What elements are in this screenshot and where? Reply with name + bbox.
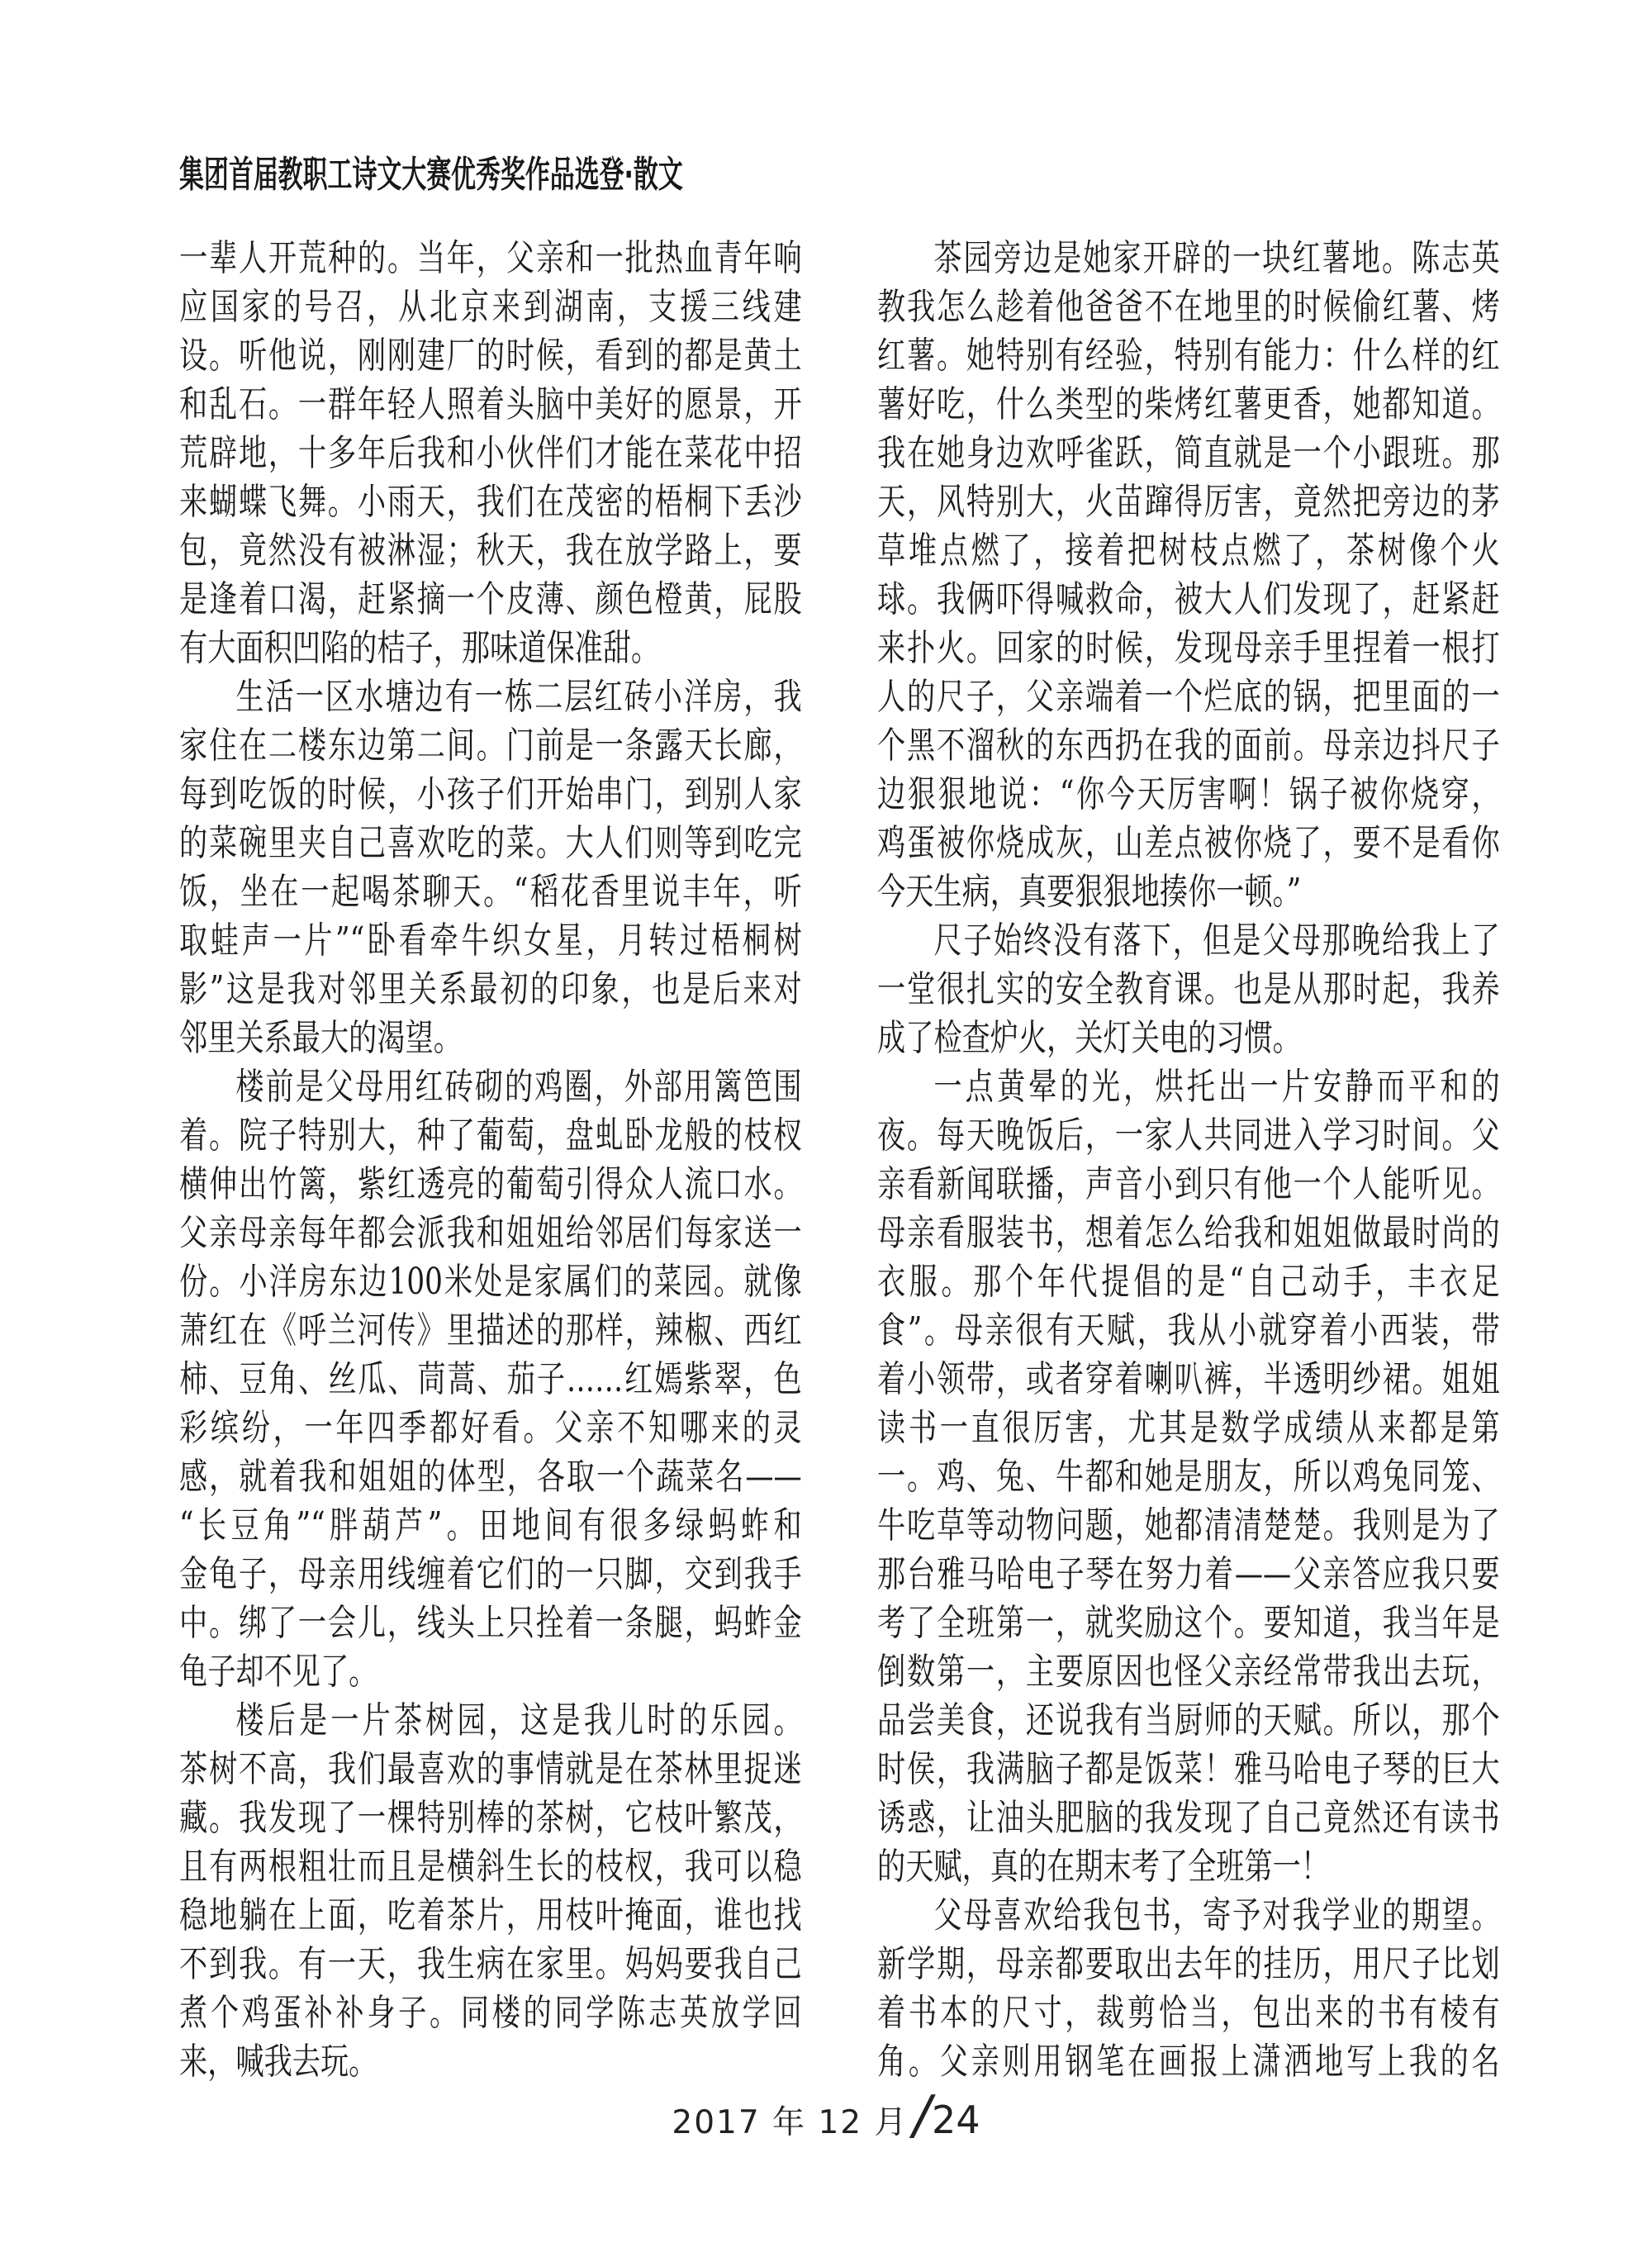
- text-line: 一堂很扎实的安全教育课。也是从那时起，我养: [877, 965, 1500, 1014]
- text-line: 牛吃草等动物问题，她都清清楚楚。我则是为了: [877, 1501, 1500, 1550]
- text-line: 来扑火。回家的时候，发现母亲手里捏着一根打: [877, 624, 1500, 672]
- text-line: 尺子始终没有落下，但是父母那晚给我上了: [877, 916, 1500, 965]
- text-line: 是逢着口渴，赶紧摘一个皮薄、颜色橙黄，屁股: [179, 575, 802, 624]
- text-line: 今天生病，真要狠狠地揍你一顿。”: [877, 867, 1500, 916]
- text-line: 草堆点燃了，接着把树枝点燃了，茶树像个火: [877, 526, 1500, 575]
- text-line: 取蛙声一片”“卧看牵牛织女星，月转过梧桐树: [179, 916, 802, 965]
- text-line: 亲看新闻联播，声音小到只有他一个人能听见。: [877, 1160, 1500, 1209]
- text-line: 金龟子，母亲用线缠着它们的一只脚，交到我手: [179, 1550, 802, 1599]
- text-line: 一。鸡、兔、牛都和她是朋友，所以鸡兔同笼、: [877, 1452, 1500, 1501]
- text-line: “长豆角”“胖葫芦”。田地间有很多绿蚂蚱和: [179, 1501, 802, 1550]
- text-line: 新学期，母亲都要取出去年的挂历，用尺子比划: [877, 1940, 1500, 1989]
- text-column-right: 茶园旁边是她家开辟的一块红薯地。陈志英教我怎么趁着他爸爸不在地里的时候偷红薯、烤…: [877, 234, 1500, 2086]
- text-line: 应国家的号召，从北京来到湖南，支援三线建: [179, 283, 802, 331]
- text-line: 夜。每天晚饭后，一家人共同进入学习时间。父: [877, 1111, 1500, 1160]
- text-line: 教我怎么趁着他爸爸不在地里的时候偷红薯、烤: [877, 283, 1500, 331]
- text-line: 楼后是一片茶树园，这是我儿时的乐园。: [179, 1696, 802, 1745]
- text-line: 着小领带，或者穿着喇叭裤，半透明纱裙。姐姐: [877, 1355, 1500, 1404]
- text-line: 来蝴蝶飞舞。小雨天，我们在茂密的梧桐下丢沙: [179, 478, 802, 526]
- text-line: 设。听他说，刚刚建厂的时候，看到的都是黄土: [179, 331, 802, 380]
- page-footer: 2017 年 12 月 / 24: [0, 2097, 1652, 2143]
- text-line: 时侯，我满脑子都是饭菜！雅马哈电子琴的巨大: [877, 1745, 1500, 1794]
- text-line: 父亲母亲每年都会派我和姐姐给邻居们每家送一: [179, 1209, 802, 1257]
- text-line: 柿、豆角、丝瓜、茼蒿、茄子……红嫣紫翠，色: [179, 1355, 802, 1404]
- text-line: 角。父亲则用钢笔在画报上潇洒地写上我的名: [877, 2037, 1500, 2086]
- text-line: 荒辟地，十多年后我和小伙伴们才能在菜花中招: [179, 429, 802, 478]
- text-line: 龟子却不见了。: [179, 1647, 802, 1696]
- text-line: 楼前是父母用红砖砌的鸡圈，外部用篱笆围: [179, 1062, 802, 1111]
- text-line: 藏。我发现了一棵特别棒的茶树，它枝叶繁茂，: [179, 1794, 802, 1842]
- text-line: 彩缤纷，一年四季都好看。父亲不知哪来的灵: [179, 1404, 802, 1452]
- text-line: 邻里关系最大的渴望。: [179, 1014, 802, 1062]
- page-header: 集团首届教职工诗文大赛优秀奖作品选登·散文: [179, 154, 683, 197]
- text-line: 萧红在《呼兰河传》里描述的那样，辣椒、西红: [179, 1306, 802, 1355]
- text-line: 鸡蛋被你烧成灰，山差点被你烧了，要不是看你: [877, 819, 1500, 867]
- text-column-left: 一辈人开荒种的。当年，父亲和一批热血青年响应国家的号召，从北京来到湖南，支援三线…: [179, 234, 802, 2086]
- text-line: 天，风特别大，火苗蹿得厉害，竟然把旁边的茅: [877, 478, 1500, 526]
- text-line: 影”这是我对邻里关系最初的印象，也是后来对: [179, 965, 802, 1014]
- text-line: 倒数第一，主要原因也怪父亲经常带我出去玩，: [877, 1647, 1500, 1696]
- text-line: 着书本的尺寸，裁剪恰当，包出来的书有棱有: [877, 1989, 1500, 2037]
- text-line: 球。我俩吓得喊救命，被大人们发现了，赶紧赶: [877, 575, 1500, 624]
- text-line: 我在她身边欢呼雀跃，简直就是一个小跟班。那: [877, 429, 1500, 478]
- text-line: 成了检查炉火，关灯关电的习惯。: [877, 1014, 1500, 1062]
- text-line: 父母喜欢给我包书，寄予对我学业的期望。: [877, 1891, 1500, 1940]
- text-line: 边狠狠地说：“你今天厉害啊！锅子被你烧穿，: [877, 770, 1500, 819]
- text-line: 每到吃饭的时候，小孩子们开始串门，到别人家: [179, 770, 802, 819]
- text-line: 稳地躺在上面，吃着茶片，用枝叶掩面，谁也找: [179, 1891, 802, 1940]
- text-line: 品尝美食，还说我有当厨师的天赋。所以，那个: [877, 1696, 1500, 1745]
- text-line: 生活一区水塘边有一栋二层红砖小洋房，我: [179, 672, 802, 721]
- text-line: 茶树不高，我们最喜欢的事情就是在茶林里捉迷: [179, 1745, 802, 1794]
- text-line: 饭，坐在一起喝茶聊天。“稻花香里说丰年，听: [179, 867, 802, 916]
- text-line: 包，竟然没有被淋湿；秋天，我在放学路上，要: [179, 526, 802, 575]
- text-line: 一点黄晕的光，烘托出一片安静而平和的: [877, 1062, 1500, 1111]
- text-line: 衣服。那个年代提倡的是“自己动手，丰衣足: [877, 1257, 1500, 1306]
- text-line: 诱惑，让油头肥脑的我发现了自己竟然还有读书: [877, 1794, 1500, 1842]
- text-line: 煮个鸡蛋补补身子。同楼的同学陈志英放学回: [179, 1989, 802, 2037]
- text-line: 那台雅马哈电子琴在努力着——父亲答应我只要: [877, 1550, 1500, 1599]
- text-line: 有大面积凹陷的桔子，那味道保准甜。: [179, 624, 802, 672]
- text-line: 的菜碗里夹自己喜欢吃的菜。大人们则等到吃完: [179, 819, 802, 867]
- text-line: 着。院子特别大，种了葡萄，盘虬卧龙般的枝杈: [179, 1111, 802, 1160]
- text-line: 一辈人开荒种的。当年，父亲和一批热血青年响: [179, 234, 802, 283]
- text-line: 来，喊我去玩。: [179, 2037, 802, 2086]
- text-line: 的天赋，真的在期末考了全班第一！: [877, 1842, 1500, 1891]
- text-line: 个黑不溜秋的东西扔在我的面前。母亲边抖尺子: [877, 721, 1500, 770]
- text-line: 家住在二楼东边第二间。门前是一条露天长廊，: [179, 721, 802, 770]
- text-line: 不到我。有一天，我生病在家里。妈妈要我自己: [179, 1940, 802, 1989]
- text-line: 薯好吃，什么类型的柴烤红薯更香，她都知道。: [877, 380, 1500, 429]
- text-line: 考了全班第一，就奖励这个。要知道，我当年是: [877, 1599, 1500, 1647]
- text-line: 读书一直很厉害，尤其是数学成绩从来都是第: [877, 1404, 1500, 1452]
- text-line: 且有两根粗壮而且是横斜生长的枝杈，我可以稳: [179, 1842, 802, 1891]
- text-line: 人的尺子，父亲端着一个烂底的锅，把里面的一: [877, 672, 1500, 721]
- text-line: 食”。母亲很有天赋，我从小就穿着小西装，带: [877, 1306, 1500, 1355]
- text-line: 份。小洋房东边100米处是家属们的菜园。就像: [179, 1257, 802, 1306]
- text-line: 母亲看服装书，想着怎么给我和姐姐做最时尚的: [877, 1209, 1500, 1257]
- footer-page-number: 24: [932, 2098, 980, 2142]
- text-line: 红薯。她特别有经验，特别有能力：什么样的红: [877, 331, 1500, 380]
- text-line: 茶园旁边是她家开辟的一块红薯地。陈志英: [877, 234, 1500, 283]
- text-line: 横伸出竹篱，紫红透亮的葡萄引得众人流口水。: [179, 1160, 802, 1209]
- text-line: 和乱石。一群年轻人照着头脑中美好的愿景，开: [179, 380, 802, 429]
- text-line: 中。绑了一会儿，线头上只拴着一条腿，蚂蚱金: [179, 1599, 802, 1647]
- footer-date: 2017 年 12 月: [672, 2097, 908, 2143]
- page-background: 集团首届教职工诗文大赛优秀奖作品选登·散文 一辈人开荒种的。当年，父亲和一批热血…: [0, 0, 1652, 2257]
- text-line: 感，就着我和姐姐的体型，各取一个蔬菜名——: [179, 1452, 802, 1501]
